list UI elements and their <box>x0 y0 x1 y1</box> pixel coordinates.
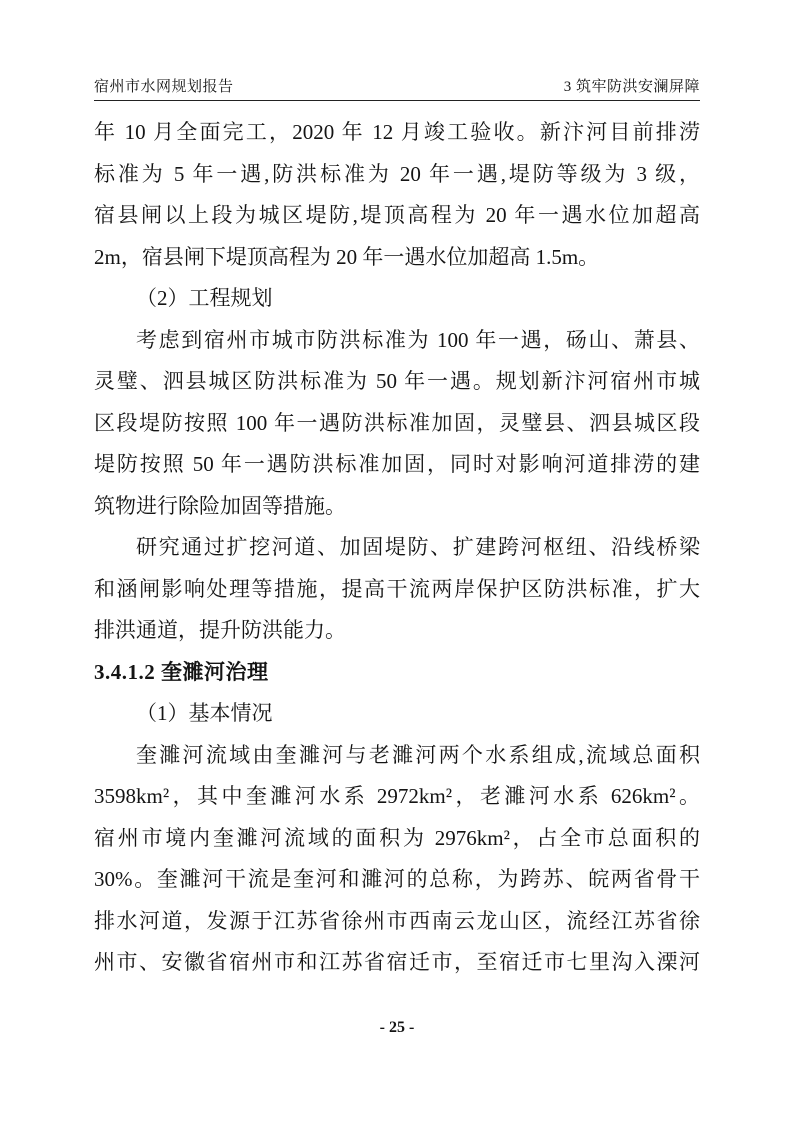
page-content: 宿州市水网规划报告 3 筑牢防洪安澜屏障 年 10 月全面完工，2020 年 1… <box>94 0 700 984</box>
text-line: 奎濉河流域由奎濉河与老濉河两个水系组成,流域总面积 <box>94 735 700 777</box>
page-footer: - 25 - <box>0 1019 794 1037</box>
text-line: 区段堤防按照 100 年一遇防洪标准加固，灵璧县、泗县城区段 <box>94 403 700 445</box>
text-line: 筑物进行除险加固等措施。 <box>94 486 700 528</box>
text-line: （2）工程规划 <box>94 278 700 320</box>
text-line: 3598km²，其中奎濉河水系 2972km²，老濉河水系 626km²。 <box>94 776 700 818</box>
paragraph: 年 10 月全面完工，2020 年 12 月竣工验收。新汴河目前排涝标准为 5 … <box>94 112 700 278</box>
text-line: 宿州市境内奎濉河流域的面积为 2976km²，占全市总面积的 <box>94 818 700 860</box>
text-line: 和涵闸影响处理等措施，提高干流两岸保护区防洪标准，扩大 <box>94 569 700 611</box>
paragraph: （2）工程规划 <box>94 278 700 320</box>
text-line: 30%。奎濉河干流是奎河和濉河的总称，为跨苏、皖两省骨干 <box>94 859 700 901</box>
section-heading: 3.4.1.2 奎濉河治理 <box>94 652 700 694</box>
page-number: - 25 - <box>380 1019 415 1036</box>
text-line: 排洪通道，提升防洪能力。 <box>94 610 700 652</box>
document-page: 宿州市水网规划报告 3 筑牢防洪安澜屏障 年 10 月全面完工，2020 年 1… <box>0 0 794 1122</box>
text-line: 考虑到宿州市城市防洪标准为 100 年一遇，砀山、萧县、 <box>94 320 700 362</box>
text-line: 宿县闸以上段为城区堤防,堤顶高程为 20 年一遇水位加超高 <box>94 195 700 237</box>
text-line: 标准为 5 年一遇,防洪标准为 20 年一遇,堤防等级为 3 级， <box>94 154 700 196</box>
text-line: 灵璧、泗县城区防洪标准为 50 年一遇。规划新汴河宿州市城 <box>94 361 700 403</box>
text-line: 研究通过扩挖河道、加固堤防、扩建跨河枢纽、沿线桥梁 <box>94 527 700 569</box>
text-line: 2m，宿县闸下堤顶高程为 20 年一遇水位加超高 1.5m。 <box>94 237 700 279</box>
text-line: （1）基本情况 <box>94 693 700 735</box>
header-chapter-title: 3 筑牢防洪安澜屏障 <box>564 77 700 97</box>
text-line: 3.4.1.2 奎濉河治理 <box>94 652 700 694</box>
text-line: 州市、安徽省宿州市和江苏省宿迁市，至宿迁市七里沟入溧河 <box>94 942 700 984</box>
text-line: 排水河道，发源于江苏省徐州市西南云龙山区，流经江苏省徐 <box>94 901 700 943</box>
header-report-title: 宿州市水网规划报告 <box>94 77 234 97</box>
paragraph: 考虑到宿州市城市防洪标准为 100 年一遇，砀山、萧县、灵璧、泗县城区防洪标准为… <box>94 320 700 528</box>
text-line: 年 10 月全面完工，2020 年 12 月竣工验收。新汴河目前排涝 <box>94 112 700 154</box>
page-header: 宿州市水网规划报告 3 筑牢防洪安澜屏障 <box>94 77 700 101</box>
paragraph: （1）基本情况 <box>94 693 700 735</box>
paragraph: 奎濉河流域由奎濉河与老濉河两个水系组成,流域总面积3598km²，其中奎濉河水系… <box>94 735 700 984</box>
text-line: 堤防按照 50 年一遇防洪标准加固，同时对影响河道排涝的建 <box>94 444 700 486</box>
paragraph: 研究通过扩挖河道、加固堤防、扩建跨河枢纽、沿线桥梁和涵闸影响处理等措施，提高干流… <box>94 527 700 652</box>
document-body: 年 10 月全面完工，2020 年 12 月竣工验收。新汴河目前排涝标准为 5 … <box>94 112 700 984</box>
